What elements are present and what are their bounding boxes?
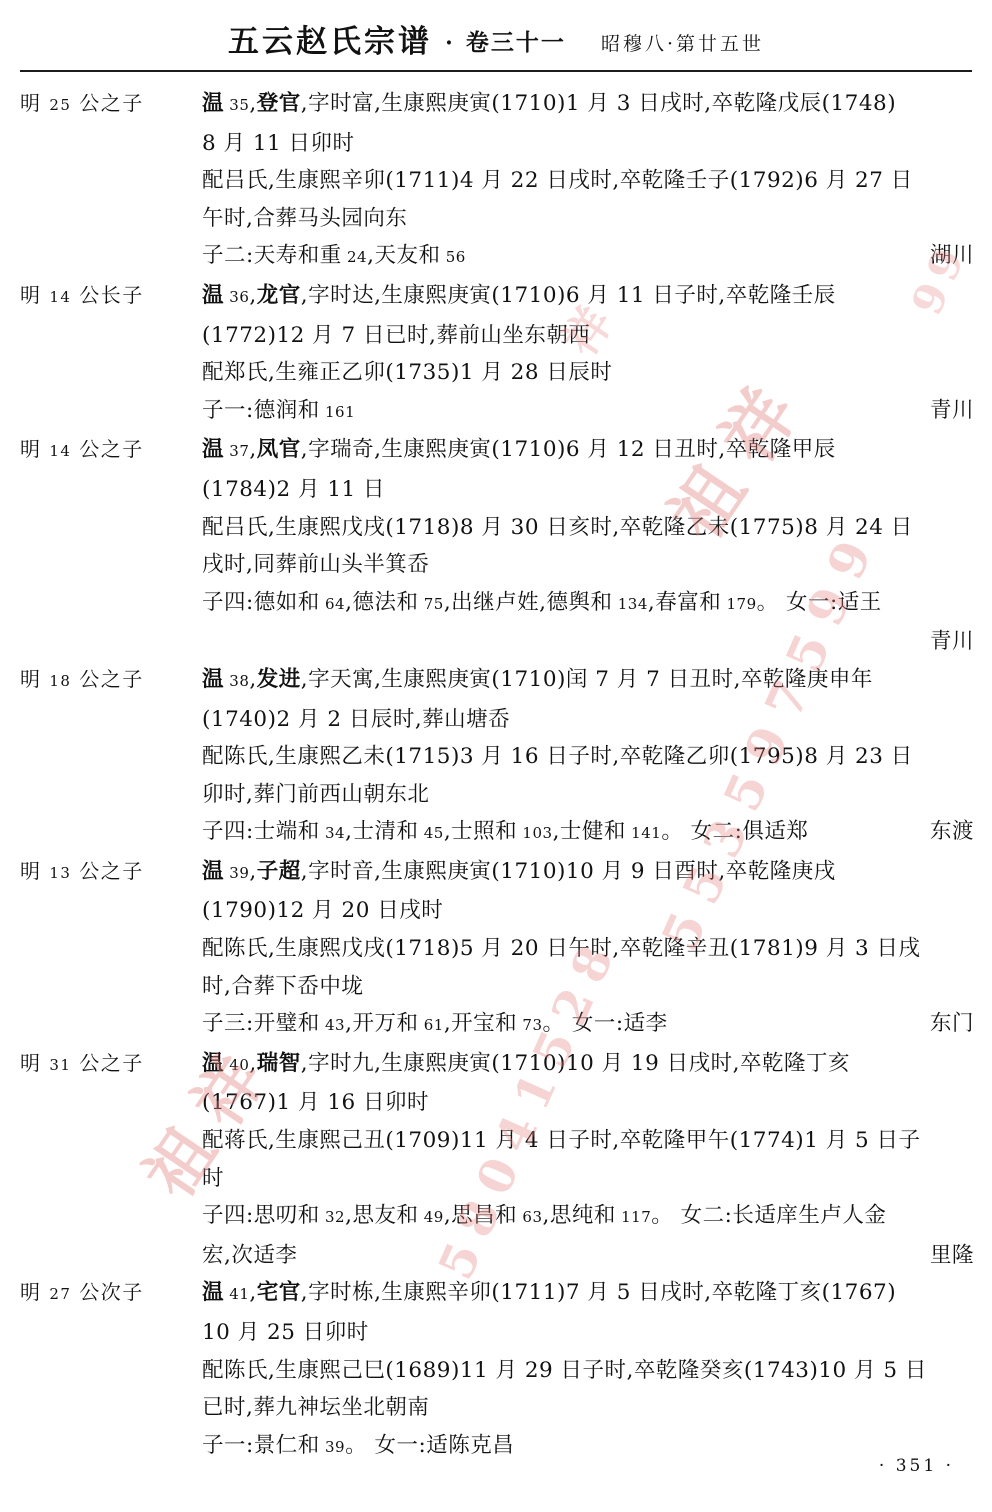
genealogy-entry: 明 13 公之子温 39,子超,字时音,生康熙庚寅(1710)10 月 9 日酉… [20, 853, 974, 1045]
genealogy-entry: 明 25 公之子温 35,登官,字时富,生康熙庚寅(1710)1 月 3 日戌时… [20, 85, 974, 277]
entry-line: 10 月 25 日卯时 [202, 1314, 974, 1352]
text-run: 已时,葬九神坛坐北朝南 [202, 1395, 429, 1420]
entry-line-text: 配陈氏,生康熙己巳(1689)11 月 29 日子时,卒乾隆癸亥(1743)10… [202, 1352, 927, 1390]
entry-line-text: 午时,合葬马头园向东 [202, 200, 407, 238]
father-label: 明 27 公次子 [20, 1274, 202, 1466]
text-run: 午时,合葬马头园向东 [202, 206, 407, 231]
sequence-number: 161 [320, 403, 355, 421]
entry-line-text: 配蒋氏,生康熙己丑(1709)11 月 4 日子时,卒乾隆甲午(1774)1 月… [202, 1122, 921, 1160]
entry-line-text: 温 36,龙官,字时达,生康熙庚寅(1710)6 月 11 日子时,卒乾隆壬辰 [202, 277, 836, 317]
page-header: 五云赵氏宗谱 · 卷三十一 昭穆八·第廿五世 [0, 0, 992, 61]
person-name: 温 [202, 667, 224, 692]
entry-line: 温 41,宅官,字时栋,生康熙辛卯(1711)7 月 5 日戌时,卒乾隆丁亥(1… [202, 1274, 974, 1314]
entry-line: (1740)2 月 2 日辰时,葬山塘岙 [202, 701, 974, 739]
entry-line: 配陈氏,生康熙乙未(1715)3 月 16 日子时,卒乾隆乙卯(1795)8 月… [202, 738, 974, 776]
sequence-number: 117 [616, 1208, 651, 1226]
text-run: 子四:德如和 [202, 590, 320, 615]
text-run: ,开宝和 [444, 1011, 517, 1036]
text-run: (1767)1 月 16 日卯时 [202, 1090, 429, 1115]
entry-content: 温 38,发进,字天寓,生康熙庚寅(1710)闰 7 月 7 日丑时,卒乾隆庚申… [202, 661, 974, 853]
entry-line-text: 配吕氏,生康熙戊戌(1718)8 月 30 日亥时,卒乾隆乙未(1775)8 月… [202, 509, 913, 547]
branch-place: 里隆 [922, 1237, 974, 1275]
text-run: (1784)2 月 11 日 [202, 477, 385, 502]
text-run: ,思昌和 [444, 1203, 517, 1228]
text-run: 子四:士端和 [202, 819, 320, 844]
sequence-number: 141 [626, 824, 661, 842]
entry-line: 配陈氏,生康熙戊戌(1718)5 月 20 日午时,卒乾隆辛丑(1781)9 月… [202, 930, 974, 968]
text-run: 。 女二:俱适郑 [661, 819, 808, 844]
entry-line-text: (1790)12 月 20 日戌时 [202, 892, 443, 930]
sequence-number: 75 [418, 595, 443, 613]
text-run: 子一:景仁和 [202, 1433, 320, 1458]
sequence-number: 45 [418, 824, 443, 842]
text-run: ,德法和 [345, 590, 418, 615]
text-run: 卯时,葬门前西山朝东北 [202, 782, 429, 807]
father-label: 明 18 公之子 [20, 661, 202, 853]
genealogy-entry: 明 31 公之子温 40,瑞智,字时九,生康熙庚寅(1710)10 月 19 日… [20, 1045, 974, 1275]
entry-line-text: 子三:开璧和 43,开万和 61,开宝和 73。 女一:适李 [202, 1005, 668, 1045]
branch-place: 湖川 [922, 237, 974, 277]
text-run: ,天友和 [367, 243, 440, 268]
sequence-number: 37 [224, 442, 249, 460]
sequence-number: 24 [342, 248, 367, 266]
person-name: 温 [202, 1051, 224, 1076]
entry-content: 温 41,宅官,字时栋,生康熙辛卯(1711)7 月 5 日戌时,卒乾隆丁亥(1… [202, 1274, 974, 1466]
entry-line-text: 时,合葬下岙中垅 [202, 968, 363, 1006]
entry-line-text: 子四:士端和 34,士清和 45,士照和 103,士健和 141。 女二:俱适郑 [202, 813, 808, 853]
entry-line: 卯时,葬门前西山朝东北 [202, 776, 974, 814]
entry-content: 温 37,凤官,字瑞奇,生康熙庚寅(1710)6 月 12 日丑时,卒乾隆甲辰(… [202, 431, 974, 661]
entry-line: 时,合葬下岙中垅 [202, 968, 974, 1006]
person-name: 发进 [257, 667, 301, 692]
entry-line-text: 已时,葬九神坛坐北朝南 [202, 1389, 429, 1427]
entry-line-text: 卯时,葬门前西山朝东北 [202, 776, 429, 814]
person-name: 温 [202, 91, 224, 116]
entry-line-text: 8 月 11 日卯时 [202, 125, 355, 163]
sequence-number: 39 [320, 1438, 345, 1456]
father-label: 明 13 公之子 [20, 853, 202, 1045]
text-run: 宏,次适李 [202, 1243, 297, 1268]
text-run: , [249, 1051, 256, 1076]
entry-line: 子一:景仁和 39。 女一:适陈克昌 [202, 1427, 974, 1467]
volume-title: 卷三十一 [466, 29, 566, 56]
sequence-number: 32 [320, 1208, 345, 1226]
entry-line-text: (1740)2 月 2 日辰时,葬山塘岙 [202, 701, 510, 739]
sequence-number: 27 [49, 1285, 71, 1303]
sequence-number: 73 [517, 1016, 542, 1034]
branch-place: 青川 [922, 623, 974, 661]
text-run: 配陈氏,生康熙戊戌(1718)5 月 20 日午时,卒乾隆辛丑(1781)9 月… [202, 936, 921, 961]
text-run: 公长子 [71, 283, 143, 307]
text-run: 公之子 [71, 437, 143, 461]
entry-line-text: 温 41,宅官,字时栋,生康熙辛卯(1711)7 月 5 日戌时,卒乾隆丁亥(1… [202, 1274, 896, 1314]
entry-line: 子四:德如和 64,德法和 75,出继卢姓,德舆和 134,春富和 179。 女… [202, 584, 974, 624]
entry-line-text: 子二:天寿和重 24,天友和 56 [202, 237, 466, 277]
sequence-number: 103 [517, 824, 552, 842]
entries-list: 明 25 公之子温 35,登官,字时富,生康熙庚寅(1710)1 月 3 日戌时… [0, 72, 992, 1466]
text-run: , [249, 283, 256, 308]
text-run: ,出继卢姓,德舆和 [444, 590, 613, 615]
entry-line: 戌时,同葬前山头半箕岙 [202, 546, 974, 584]
text-run: 公之子 [71, 859, 143, 883]
text-run: ,字时音,生康熙庚寅(1710)10 月 9 日酉时,卒乾隆庚戌 [301, 859, 836, 884]
text-run: 配蒋氏,生康熙己丑(1709)11 月 4 日子时,卒乾隆甲午(1774)1 月… [202, 1128, 921, 1153]
entry-line-text: 配陈氏,生康熙戊戌(1718)5 月 20 日午时,卒乾隆辛丑(1781)9 月… [202, 930, 921, 968]
text-run: ,开万和 [345, 1011, 418, 1036]
entry-content: 温 35,登官,字时富,生康熙庚寅(1710)1 月 3 日戌时,卒乾隆戊辰(1… [202, 85, 974, 277]
text-run: 。 女一:适王 [757, 590, 882, 615]
entry-line-text: 配吕氏,生康熙辛卯(1711)4 月 22 日戌时,卒乾隆壬子(1792)6 月… [202, 162, 913, 200]
entry-line: 温 36,龙官,字时达,生康熙庚寅(1710)6 月 11 日子时,卒乾隆壬辰 [202, 277, 974, 317]
entry-content: 温 36,龙官,字时达,生康熙庚寅(1710)6 月 11 日子时,卒乾隆壬辰(… [202, 277, 974, 431]
entry-line: 子一:德润和 161青川 [202, 392, 974, 432]
text-run: 明 [20, 667, 49, 691]
page-number: · 351 · [879, 1456, 954, 1476]
section-title: 昭穆八·第廿五世 [601, 33, 764, 55]
entry-line-text: 温 37,凤官,字瑞奇,生康熙庚寅(1710)6 月 12 日丑时,卒乾隆甲辰 [202, 431, 836, 471]
entry-line: 已时,葬九神坛坐北朝南 [202, 1389, 974, 1427]
text-run: 。 女一:适陈克昌 [345, 1433, 514, 1458]
sequence-number: 43 [320, 1016, 345, 1034]
entry-line: 配蒋氏,生康熙己丑(1709)11 月 4 日子时,卒乾隆甲午(1774)1 月… [202, 1122, 974, 1160]
text-run: 子四:思叨和 [202, 1203, 320, 1228]
text-run: 戌时,同葬前山头半箕岙 [202, 552, 429, 577]
sequence-number: 56 [440, 248, 465, 266]
text-run: 明 [20, 283, 49, 307]
person-name: 温 [202, 283, 224, 308]
title-separator: · [445, 30, 453, 56]
text-run: ,士清和 [345, 819, 418, 844]
sequence-number: 41 [224, 1285, 249, 1303]
sequence-number: 13 [49, 864, 71, 882]
father-label: 明 14 公长子 [20, 277, 202, 431]
text-run: 配吕氏,生康熙辛卯(1711)4 月 22 日戌时,卒乾隆壬子(1792)6 月… [202, 168, 913, 193]
sequence-number: 35 [224, 96, 249, 114]
sequence-number: 134 [612, 595, 647, 613]
entry-line: 午时,合葬马头园向东 [202, 200, 974, 238]
text-run: , [249, 1280, 256, 1305]
entry-line-text: (1784)2 月 11 日 [202, 471, 385, 509]
text-run: ,字天寓,生康熙庚寅(1710)闰 7 月 7 日丑时,卒乾隆庚申年 [301, 667, 873, 692]
text-run: , [249, 859, 256, 884]
text-run: 配郑氏,生雍正乙卯(1735)1 月 28 日辰时 [202, 360, 612, 385]
text-run: ,字时栋,生康熙辛卯(1711)7 月 5 日戌时,卒乾隆丁亥(1767) [301, 1280, 896, 1305]
entry-line: 子四:思叨和 32,思友和 49,思昌和 63,思纯和 117。 女二:长适庠生… [202, 1197, 974, 1237]
entry-line-text: 温 40,瑞智,字时九,生康熙庚寅(1710)10 月 19 日戌时,卒乾隆丁亥 [202, 1045, 850, 1085]
text-run: 子一:德润和 [202, 398, 320, 423]
text-run: ,字瑞奇,生康熙庚寅(1710)6 月 12 日丑时,卒乾隆甲辰 [301, 437, 836, 462]
branch-place: 东门 [922, 1005, 974, 1045]
text-run: , [249, 437, 256, 462]
text-run: , [249, 91, 256, 116]
father-label: 明 14 公之子 [20, 431, 202, 661]
text-run: 明 [20, 437, 49, 461]
book-title: 五云赵氏宗谱 [228, 24, 432, 60]
person-name: 登官 [257, 91, 301, 116]
person-name: 龙官 [257, 283, 301, 308]
father-label: 明 25 公之子 [20, 85, 202, 277]
entry-line: 青川 [202, 623, 974, 661]
sequence-number: 34 [320, 824, 345, 842]
entry-line: 温 35,登官,字时富,生康熙庚寅(1710)1 月 3 日戌时,卒乾隆戊辰(1… [202, 85, 974, 125]
sequence-number: 39 [224, 864, 249, 882]
entry-line: 宏,次适李里隆 [202, 1237, 974, 1275]
genealogy-entry: 明 14 公长子温 36,龙官,字时达,生康熙庚寅(1710)6 月 11 日子… [20, 277, 974, 431]
text-run: ,春富和 [648, 590, 721, 615]
text-run: 配陈氏,生康熙乙未(1715)3 月 16 日子时,卒乾隆乙卯(1795)8 月… [202, 744, 913, 769]
entry-line: 温 37,凤官,字瑞奇,生康熙庚寅(1710)6 月 12 日丑时,卒乾隆甲辰 [202, 431, 974, 471]
person-name: 温 [202, 1280, 224, 1305]
text-run: ,字时九,生康熙庚寅(1710)10 月 19 日戌时,卒乾隆丁亥 [301, 1051, 850, 1076]
text-run: ,思纯和 [543, 1203, 616, 1228]
text-run: 时,合葬下岙中垅 [202, 974, 363, 999]
sequence-number: 61 [418, 1016, 443, 1034]
person-name: 瑞智 [257, 1051, 301, 1076]
entry-content: 温 39,子超,字时音,生康熙庚寅(1710)10 月 9 日酉时,卒乾隆庚戌(… [202, 853, 974, 1045]
genealogy-entry: 明 27 公次子温 41,宅官,字时栋,生康熙辛卯(1711)7 月 5 日戌时… [20, 1274, 974, 1466]
text-run: 明 [20, 859, 49, 883]
entry-line: 温 40,瑞智,字时九,生康熙庚寅(1710)10 月 19 日戌时,卒乾隆丁亥 [202, 1045, 974, 1085]
sequence-number: 179 [721, 595, 756, 613]
text-run: 公之子 [71, 1051, 143, 1075]
text-run: 配吕氏,生康熙戊戌(1718)8 月 30 日亥时,卒乾隆乙未(1775)8 月… [202, 515, 913, 540]
entry-line: (1790)12 月 20 日戌时 [202, 892, 974, 930]
entry-line-text: 戌时,同葬前山头半箕岙 [202, 546, 429, 584]
entry-line-text: 子一:景仁和 39。 女一:适陈克昌 [202, 1427, 514, 1467]
text-run: (1740)2 月 2 日辰时,葬山塘岙 [202, 707, 510, 732]
text-run: 公次子 [71, 1280, 143, 1304]
entry-line-text: 配郑氏,生雍正乙卯(1735)1 月 28 日辰时 [202, 354, 612, 392]
entry-line: 子四:士端和 34,士清和 45,士照和 103,士健和 141。 女二:俱适郑… [202, 813, 974, 853]
entry-line: 子二:天寿和重 24,天友和 56湖川 [202, 237, 974, 277]
text-run: ,思友和 [345, 1203, 418, 1228]
sequence-number: 31 [49, 1056, 71, 1074]
person-name: 宅官 [257, 1280, 301, 1305]
sequence-number: 14 [49, 442, 71, 460]
person-name: 凤官 [257, 437, 301, 462]
entry-line-text: 子一:德润和 161 [202, 392, 355, 432]
entry-line-text: 温 38,发进,字天寓,生康熙庚寅(1710)闰 7 月 7 日丑时,卒乾隆庚申… [202, 661, 873, 701]
entry-line-text: (1767)1 月 16 日卯时 [202, 1084, 429, 1122]
entry-line: 配郑氏,生雍正乙卯(1735)1 月 28 日辰时 [202, 354, 974, 392]
entry-line-text: 宏,次适李 [202, 1237, 297, 1275]
genealogy-page: 五云赵氏宗谱 · 卷三十一 昭穆八·第廿五世 明 25 公之子温 35,登官,字… [0, 0, 992, 1512]
sequence-number: 38 [224, 672, 249, 690]
father-label: 明 31 公之子 [20, 1045, 202, 1275]
text-run: ,字时达,生康熙庚寅(1710)6 月 11 日子时,卒乾隆壬辰 [301, 283, 836, 308]
branch-place: 东渡 [922, 813, 974, 853]
entry-line: (1784)2 月 11 日 [202, 471, 974, 509]
entry-line: 配吕氏,生康熙辛卯(1711)4 月 22 日戌时,卒乾隆壬子(1792)6 月… [202, 162, 974, 200]
text-run: (1772)12 月 7 日已时,葬前山坐东朝西 [202, 323, 590, 348]
branch-place: 青川 [922, 392, 974, 432]
entry-line-text: 温 35,登官,字时富,生康熙庚寅(1710)1 月 3 日戌时,卒乾隆戊辰(1… [202, 85, 896, 125]
text-run: 明 [20, 91, 49, 115]
text-run: 配陈氏,生康熙己巳(1689)11 月 29 日子时,卒乾隆癸亥(1743)10… [202, 1358, 927, 1383]
entry-line: 温 39,子超,字时音,生康熙庚寅(1710)10 月 9 日酉时,卒乾隆庚戌 [202, 853, 974, 893]
sequence-number: 49 [418, 1208, 443, 1226]
entry-line-text: 时 [202, 1160, 224, 1198]
sequence-number: 18 [49, 672, 71, 690]
entry-line: (1772)12 月 7 日已时,葬前山坐东朝西 [202, 317, 974, 355]
text-run: 10 月 25 日卯时 [202, 1320, 369, 1345]
entry-line: 温 38,发进,字天寓,生康熙庚寅(1710)闰 7 月 7 日丑时,卒乾隆庚申… [202, 661, 974, 701]
text-run: 明 [20, 1280, 49, 1304]
text-run: 公之子 [71, 91, 143, 115]
entry-content: 温 40,瑞智,字时九,生康熙庚寅(1710)10 月 19 日戌时,卒乾隆丁亥… [202, 1045, 974, 1275]
text-run: ,士照和 [444, 819, 517, 844]
sequence-number: 40 [224, 1056, 249, 1074]
entry-line: 配吕氏,生康熙戊戌(1718)8 月 30 日亥时,卒乾隆乙未(1775)8 月… [202, 509, 974, 547]
sequence-number: 25 [49, 96, 71, 114]
entry-line: 时 [202, 1160, 974, 1198]
person-name: 子超 [257, 859, 301, 884]
sequence-number: 63 [517, 1208, 542, 1226]
text-run: ,字时富,生康熙庚寅(1710)1 月 3 日戌时,卒乾隆戊辰(1748) [301, 91, 896, 116]
text-run: (1790)12 月 20 日戌时 [202, 898, 443, 923]
entry-line-text: 温 39,子超,字时音,生康熙庚寅(1710)10 月 9 日酉时,卒乾隆庚戌 [202, 853, 836, 893]
sequence-number: 14 [49, 288, 71, 306]
entry-line: (1767)1 月 16 日卯时 [202, 1084, 974, 1122]
text-run: 公之子 [71, 667, 143, 691]
text-run: 8 月 11 日卯时 [202, 131, 355, 156]
genealogy-entry: 明 14 公之子温 37,凤官,字瑞奇,生康熙庚寅(1710)6 月 12 日丑… [20, 431, 974, 661]
text-run: ,士健和 [553, 819, 626, 844]
entry-line-text: 子四:思叨和 32,思友和 49,思昌和 63,思纯和 117。 女二:长适庠生… [202, 1197, 886, 1237]
text-run: 子三:开璧和 [202, 1011, 320, 1036]
entry-line: 子三:开璧和 43,开万和 61,开宝和 73。 女一:适李东门 [202, 1005, 974, 1045]
entry-line-text: 配陈氏,生康熙乙未(1715)3 月 16 日子时,卒乾隆乙卯(1795)8 月… [202, 738, 913, 776]
person-name: 温 [202, 859, 224, 884]
person-name: 温 [202, 437, 224, 462]
entry-line-text: 子四:德如和 64,德法和 75,出继卢姓,德舆和 134,春富和 179。 女… [202, 584, 882, 624]
text-run: 子二:天寿和重 [202, 243, 342, 268]
text-run: 。 女一:适李 [543, 1011, 668, 1036]
text-run: 。 女二:长适庠生卢人金 [651, 1203, 886, 1228]
sequence-number: 64 [320, 595, 345, 613]
genealogy-entry: 明 18 公之子温 38,发进,字天寓,生康熙庚寅(1710)闰 7 月 7 日… [20, 661, 974, 853]
entry-line-text: 10 月 25 日卯时 [202, 1314, 369, 1352]
entry-line: 8 月 11 日卯时 [202, 125, 974, 163]
sequence-number: 36 [224, 288, 249, 306]
text-run: 明 [20, 1051, 49, 1075]
text-run: 时 [202, 1166, 224, 1191]
text-run: , [249, 667, 256, 692]
entry-line-text: (1772)12 月 7 日已时,葬前山坐东朝西 [202, 317, 590, 355]
entry-line: 配陈氏,生康熙己巳(1689)11 月 29 日子时,卒乾隆癸亥(1743)10… [202, 1352, 974, 1390]
